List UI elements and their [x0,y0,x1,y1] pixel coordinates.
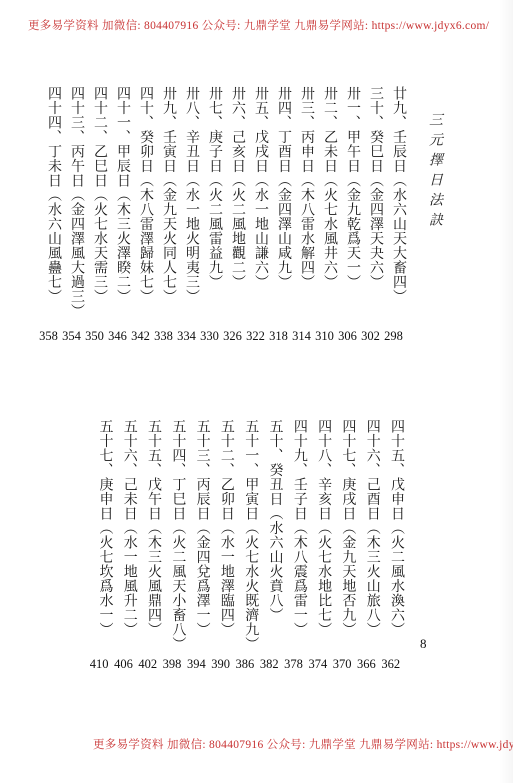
page-ref: 334 [175,329,198,344]
scan-edge [499,0,513,783]
day-entry: 四十八、辛亥日（火七水地比七） [306,419,330,637]
section-top: 廿九、壬辰日（水六山天大畜四）三十、癸巳日（金四澤天夬六）卅一、甲午日（金九乾爲… [37,86,405,348]
page-ref: 338 [152,329,175,344]
day-entry: 廿九、壬辰日（水六山天大畜四） [382,86,405,304]
day-entry: 五十四、丁巳日（火二風天小畜八） [160,419,184,651]
page-ref: 342 [129,329,152,344]
page-ref: 346 [106,329,129,344]
footer-watermark: 更多易学资料 加微信: 804407916 公众号: 九鼎学堂 九鼎易学网站: … [93,736,513,752]
day-entry: 四十七、庚戌日（金九天地否九） [330,419,354,637]
entry-columns: 四十五、戊申日（火二風水渙六）四十六、己酉日（木三火山旅八）四十七、庚戌日（金九… [87,419,403,651]
day-entry: 卅九、壬寅日（金九天火同人七） [152,86,175,304]
day-entry: 四十九、壬子日（木八震爲雷一） [282,419,306,637]
page-ref: 402 [136,657,160,672]
page-ref: 298 [382,329,405,344]
day-entry: 卅六、己亥日（火二風地觀二） [221,86,244,289]
page-ref-row: 410406402398394390386382378374370366362 [87,657,403,672]
page-ref: 302 [359,329,382,344]
page-ref: 410 [87,657,111,672]
page-ref: 350 [83,329,106,344]
page-ref: 306 [336,329,359,344]
book-title: 三元擇日法訣 [424,112,444,232]
page-ref: 370 [330,657,354,672]
page-ref: 382 [257,657,281,672]
page-ref-row: 3583543503463423383343303263223183143103… [37,329,405,344]
day-entry: 卅一、甲午日（金九乾爲天一） [336,86,359,289]
page-ref: 390 [208,657,232,672]
scanned-book-page: 更多易学资料 加微信: 804407916 公众号: 九鼎学堂 九鼎易学网站: … [0,0,513,783]
day-entry: 四十四、丁未日（水六山風蠱七） [37,86,60,304]
day-entry: 卅四、丁酉日（金四澤山咸九） [267,86,290,289]
page-ref: 406 [111,657,135,672]
page-ref: 318 [267,329,290,344]
page-ref: 326 [221,329,244,344]
day-entry: 四十、癸卯日（木八雷澤歸妹七） [129,86,152,304]
page-ref: 314 [290,329,313,344]
day-entry: 五十、癸丑日（水六山火賁八） [257,419,281,622]
day-entry: 五十五、戊午日（木三火風鼎四） [136,419,160,637]
day-entry: 四十一、甲辰日（木三火澤睽二） [106,86,129,304]
day-entry: 卅七、庚子日（火二風雷益九） [198,86,221,289]
page-ref: 354 [60,329,83,344]
header-watermark: 更多易学资料 加微信: 804407916 公众号: 九鼎学堂 九鼎易学网站: … [28,17,489,33]
day-entry: 四十六、己酉日（木三火山旅八） [354,419,378,637]
day-entry: 四十二、乙巳日（火七水天需三） [83,86,106,304]
page-ref: 358 [37,329,60,344]
page-number: 8 [420,636,427,652]
page-ref: 398 [160,657,184,672]
page-ref: 366 [354,657,378,672]
page-ref: 386 [233,657,257,672]
section-bottom: 四十五、戊申日（火二風水渙六）四十六、己酉日（木三火山旅八）四十七、庚戌日（金九… [87,419,403,677]
day-entry: 四十三、丙午日（金四澤風大過三） [60,86,83,318]
day-entry: 五十三、丙辰日（金四兌爲澤一） [184,419,208,637]
page-ref: 322 [244,329,267,344]
page-ref: 362 [379,657,403,672]
page-ref: 330 [198,329,221,344]
page-ref: 310 [313,329,336,344]
entry-columns: 廿九、壬辰日（水六山天大畜四）三十、癸巳日（金四澤天夬六）卅一、甲午日（金九乾爲… [37,86,405,318]
day-entry: 五十七、庚申日（火七坎爲水一） [87,419,111,637]
day-entry: 卅五、戊戌日（水一地山謙六） [244,86,267,289]
day-entry: 三十、癸巳日（金四澤天夬六） [359,86,382,289]
day-entry: 四十五、戊申日（火二風水渙六） [379,419,403,637]
day-entry: 五十六、己未日（水一地風升二） [111,419,135,637]
day-entry: 五十一、甲寅日（火七水火既濟九） [233,419,257,651]
page-ref: 378 [281,657,305,672]
day-entry: 卅八、辛丑日（水一地火明夷三） [175,86,198,304]
page-ref: 394 [184,657,208,672]
day-entry: 卅二、乙未日（火七水風井六） [313,86,336,289]
day-entry: 五十二、乙卯日（水一地澤臨四） [209,419,233,637]
day-entry: 卅三、丙申日（木八雷水解四） [290,86,313,289]
page-ref: 374 [306,657,330,672]
